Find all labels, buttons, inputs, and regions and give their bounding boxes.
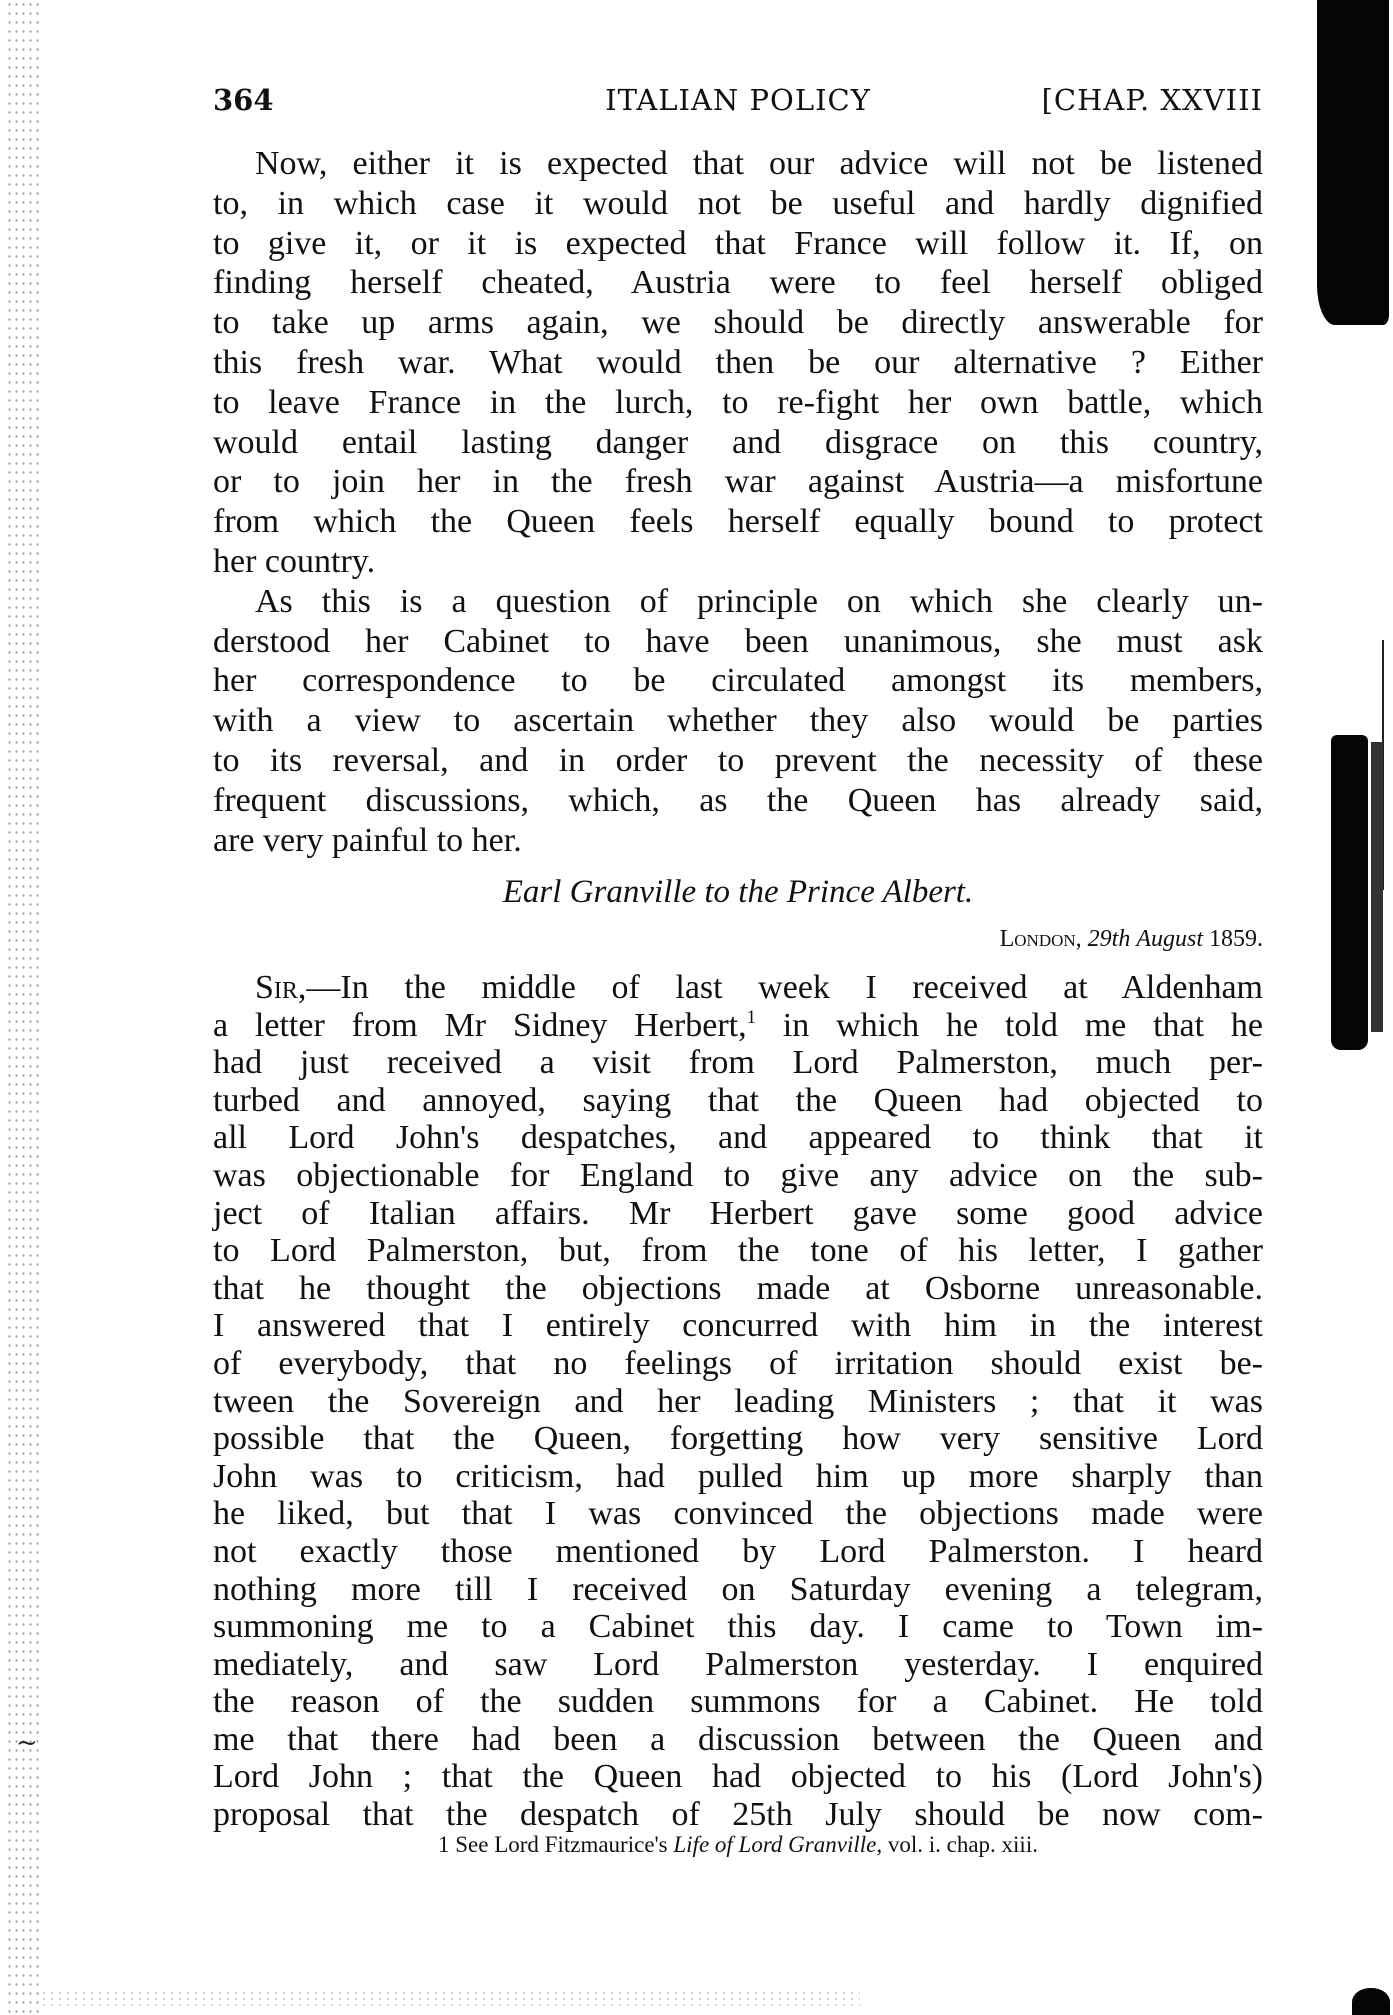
text-line: John was to criticism, had pulled him up… [213, 1458, 1263, 1496]
text-line: with a view to ascertain whether they al… [213, 701, 1263, 741]
text-line: Lord John ; that the Queen had objected … [213, 1758, 1263, 1796]
scan-shadow-top [1317, 0, 1389, 325]
text-line: would entail lasting danger and disgrace… [213, 423, 1263, 463]
footnote-text: See Lord Fitzmaurice's [455, 1832, 673, 1857]
queen-letter-continuation: Now, either it is expected that our advi… [213, 144, 1263, 860]
footnote-reference[interactable]: 1 [747, 1007, 756, 1028]
text-run: —In the middle of last week I received a… [306, 969, 1263, 1006]
dateline-place: London [1000, 926, 1076, 952]
text-line: he liked, but that I was convinced the o… [213, 1495, 1263, 1533]
footnote-book-title: Life of Lord Granville [673, 1832, 876, 1857]
text-line: to leave France in the lurch, to re-figh… [213, 383, 1263, 423]
margin-mark: ~ [16, 1728, 38, 1758]
text-line: the reason of the sudden summons for a C… [213, 1683, 1263, 1721]
text-line: that he thought the objections made at O… [213, 1270, 1263, 1308]
text-line: As this is a question of principle on wh… [213, 582, 1263, 622]
scan-shadow-middle [1331, 735, 1368, 1050]
salutation: Sir, [255, 969, 306, 1006]
granville-letter-body: Sir,—In the middle of last week I receiv… [213, 969, 1263, 1834]
text-line: not exactly those mentioned by Lord Palm… [213, 1533, 1263, 1571]
text-line: me that there had been a discussion betw… [213, 1721, 1263, 1759]
text-line: Now, either it is expected that our advi… [213, 144, 1263, 184]
text-line: summoning me to a Cabinet this day. I ca… [213, 1608, 1263, 1646]
text-line: proposal that the despatch of 25th July … [213, 1796, 1263, 1834]
text-line: ject of Italian affairs. Mr Herbert gave… [213, 1195, 1263, 1233]
footnote-text: , vol. i. chap. xiii. [876, 1832, 1038, 1857]
text-line: nothing more till I received on Saturday… [213, 1571, 1263, 1609]
text-line: to its reversal, and in order to prevent… [213, 741, 1263, 781]
paragraph: Now, either it is expected that our advi… [213, 144, 1263, 582]
footnote-number: 1 [438, 1832, 450, 1857]
text-line: all Lord John's despatches, and appeared… [213, 1119, 1263, 1157]
text-line: her correspondence to be circulated amon… [213, 661, 1263, 701]
text-line: of everybody, that no feelings of irrita… [213, 1345, 1263, 1383]
text-line: to, in which case it would not be useful… [213, 184, 1263, 224]
text-line: to give it, or it is expected that Franc… [213, 224, 1263, 264]
text-run: in which he told me that he [756, 1007, 1263, 1044]
text-line: a letter from Mr Sidney Herbert,1 in whi… [213, 1007, 1263, 1045]
dateline-comma: , [1076, 926, 1088, 952]
text-line: this fresh war. What would then be our a… [213, 343, 1263, 383]
text-line: had just received a visit from Lord Palm… [213, 1044, 1263, 1082]
chapter-label: [CHAP. XXVIII [1042, 80, 1263, 120]
scan-edge-noise-bottom [40, 1990, 860, 2008]
text-line: mediately, and saw Lord Palmerston yeste… [213, 1646, 1263, 1684]
scan-edge-noise-left [6, 0, 42, 2015]
text-line: tween the Sovereign and her leading Mini… [213, 1383, 1263, 1421]
scan-shadow-bottom [1352, 1988, 1390, 2015]
scan-shadow-middle-strip [1371, 742, 1383, 1032]
running-head: 364 ITALIAN POLICY [CHAP. XXVIII [213, 80, 1263, 120]
text-line: turbed and annoyed, saying that the Quee… [213, 1082, 1263, 1120]
text-line: to take up arms again, we should be dire… [213, 303, 1263, 343]
text-line: to Lord Palmerston, but, from the tone o… [213, 1232, 1263, 1270]
letter-dateline: London, 29th August 1859. [1000, 924, 1263, 954]
footnote: 1 See Lord Fitzmaurice's Life of Lord Gr… [213, 1830, 1263, 1860]
text-line: or to join her in the fresh war against … [213, 462, 1263, 502]
text-line: frequent discussions, which, as the Quee… [213, 781, 1263, 821]
letter-heading: Earl Granville to the Prince Albert. [213, 872, 1263, 912]
text-line: was objectionable for England to give an… [213, 1157, 1263, 1195]
paragraph: As this is a question of principle on wh… [213, 582, 1263, 861]
text-line: are very painful to her. [213, 821, 1263, 861]
text-line: possible that the Queen, forgetting how … [213, 1420, 1263, 1458]
text-line: I answered that I entirely concurred wit… [213, 1307, 1263, 1345]
dateline-day: 29th [1088, 926, 1131, 952]
text-line: her country. [213, 542, 1263, 582]
text-line: from which the Queen feels herself equal… [213, 502, 1263, 542]
dateline-year: 1859. [1209, 926, 1263, 952]
text-line: finding herself cheated, Austria were to… [213, 263, 1263, 303]
dateline-month: August [1136, 926, 1203, 952]
text-line: Sir,—In the middle of last week I receiv… [213, 969, 1263, 1007]
text-run: a letter from Mr Sidney Herbert, [213, 1007, 747, 1044]
text-line: derstood her Cabinet to have been unanim… [213, 622, 1263, 662]
